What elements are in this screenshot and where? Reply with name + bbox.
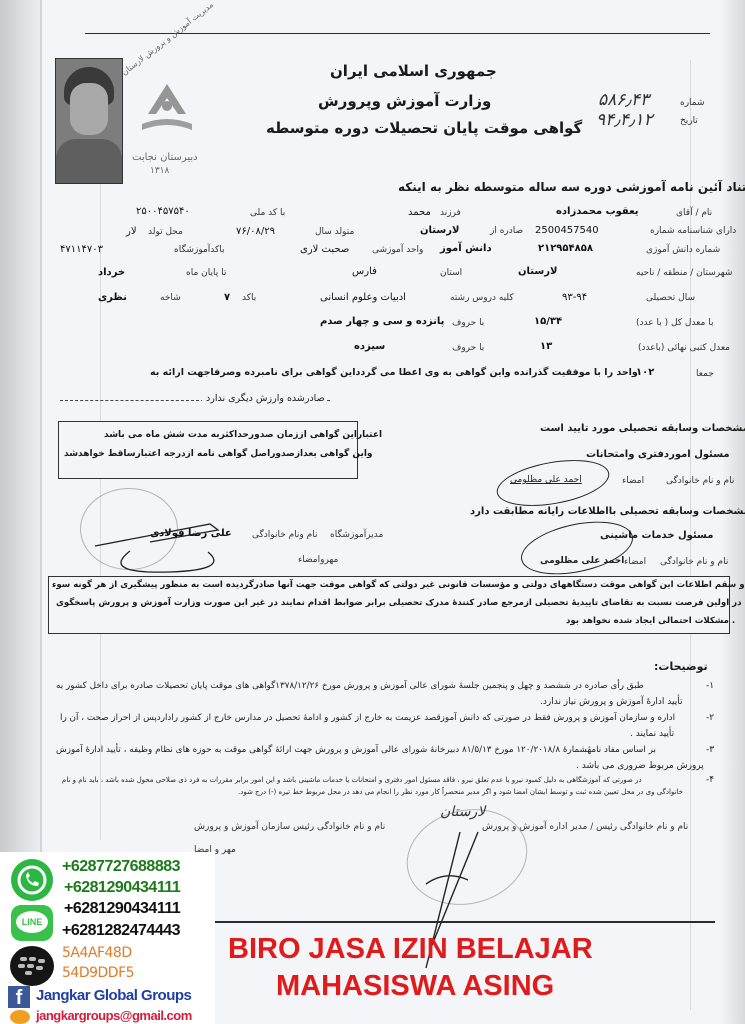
notice-line-1: تذکر: برای آگاهی از صحت و سقم اطلاعات ای… <box>52 576 745 595</box>
banner-line-1: BIRO JASA IZIN BELAJAR <box>228 933 593 966</box>
approval1-line2: مسئول اموردفتری وامتحانات <box>586 449 730 460</box>
email-link[interactable]: jangkargroups@gmail.com <box>36 1008 192 1023</box>
born-label: متولد سال <box>315 227 354 237</box>
born-value: ۷۶/۰۸/۲۹ <box>236 226 275 237</box>
approval2-sign-label: امضاء <box>624 557 646 567</box>
approval2-line1: تحت مشخصات وسابقه تحصیلی بااطلاعات رایان… <box>470 506 745 517</box>
issued-label: صادره از <box>490 226 523 236</box>
student-no-label: شماره دانش آموزی <box>646 245 720 255</box>
student-no-value: ۲۱۲۹۵۴۸۵۸ <box>538 243 593 254</box>
whatsapp-number-2[interactable]: +6281290434111 <box>64 879 180 897</box>
issued-line-text: صادرشده وارزش دیگری ندارد <box>202 393 325 404</box>
approval2-name-label: نام و نام خانوادگی <box>660 557 728 567</box>
page-title: گواهی موقت پایان تحصیلات دوره متوسطه <box>266 119 582 137</box>
year-value: ۹۳-۹۴ <box>562 292 587 303</box>
month-label: تا پایان ماه <box>186 268 226 278</box>
principal-name-label: نام ونام خانوادگی <box>252 530 317 540</box>
gpa-words-value: پانزده و سی و چهار صدم <box>320 316 444 327</box>
id-value: 2500457540 <box>535 225 599 236</box>
birthplace-label: محل تولد <box>148 227 183 237</box>
photo-stamp-sub: دبیرستان نجابت <box>132 152 198 163</box>
principal-signature <box>90 506 240 576</box>
photo-stamp-year: ۱۳۱۸ <box>150 166 169 176</box>
header-republic: جمهوری اسلامی ایران <box>330 62 497 80</box>
final-label: معدل کتبی نهائی (باعدد) <box>638 343 730 353</box>
whatsapp-number-1[interactable]: +6287727688883 <box>62 858 180 876</box>
father-value: محمد <box>408 207 431 218</box>
footer-stamp-text: لارستان <box>440 804 485 820</box>
notice-line-2: استفادهٔ احتمالی موظفند در اولین فرصت نس… <box>56 594 745 613</box>
explanation-1-num: ۱- <box>706 678 714 694</box>
footer-left-label: نام و نام خانوادگی رئیس سازمان آموزش و پ… <box>194 822 385 832</box>
validity-line-2: واین گواهی بعدازصدوراصل گواهی نامه ازدرج… <box>64 449 373 459</box>
explanation-1-cont: تأیید ادارهٔ آموزش و پرورش نیاز ندارد. <box>540 694 682 710</box>
issued-value: لارستان <box>420 225 459 236</box>
approval1-sign-label: امضاء <box>622 476 644 486</box>
facebook-icon: f <box>8 986 30 1008</box>
unit-label: واحد آموزشی <box>372 245 423 255</box>
contact-panel: LINE f +6287727688883 +6281290434111 +62… <box>0 852 215 1024</box>
explanations-title: توضیحات: <box>654 660 708 673</box>
line-number-2[interactable]: +6281282474443 <box>62 922 180 940</box>
name-label: نام / آقای <box>676 208 712 218</box>
gpa-label: با معدل کل ( با عدد) <box>636 318 713 328</box>
province-value: فارس <box>352 266 377 277</box>
signature-loop-1 <box>493 452 613 513</box>
explanation-4-num: ۴- <box>706 774 714 786</box>
line-icon: LINE <box>11 905 53 941</box>
school-stamp <box>128 62 206 158</box>
code-value: ۷ <box>224 292 230 303</box>
bbm-pin-2[interactable]: 54D9DDF5 <box>62 965 134 981</box>
approval1-name-label: نام و نام خانوادگی <box>666 476 734 486</box>
year-label: سال تحصیلی <box>646 293 695 303</box>
explanation-4: در صورتی که آموزشگاهی به دلیل کمبود نیرو… <box>62 774 642 786</box>
facebook-link[interactable]: Jangkar Global Groups <box>36 987 191 1004</box>
gpa-value: ۱۵/۳۴ <box>534 316 562 327</box>
school-code-value: ۴۷۱۱۴۷۰۳ <box>60 244 103 255</box>
explanation-3-num: ۳- <box>706 742 714 758</box>
bottom-rule <box>215 921 715 923</box>
date-label: تاریخ <box>680 116 698 126</box>
units-value: ۱۰۲ <box>636 367 654 378</box>
student-photo <box>55 58 123 184</box>
id-label: دارای شناسنامه شماره <box>650 226 736 236</box>
birthplace-value: لار <box>126 226 137 237</box>
final-words-label: با حروف <box>452 343 484 353</box>
branch-value: نظری <box>98 292 127 303</box>
field-value: ادبیات وعلوم انسانی <box>320 292 406 303</box>
bbm-pin-1[interactable]: 5A4AF48D <box>62 945 132 961</box>
notice-line-3: . مشکلات احتمالی ایجاد شده نخواهد بود <box>566 612 735 631</box>
region-value: لارستان <box>518 266 557 277</box>
principal-title-label: مدیرآموزشگاه <box>330 530 383 540</box>
units-text: واحد را با موفقیت گذرانده واین گواهی به … <box>150 367 638 378</box>
name-value: یعقوب محمدزاده <box>556 206 639 217</box>
code-label: باکد <box>242 293 256 303</box>
student-label: دانش آموز <box>440 243 492 254</box>
month-value: خرداد <box>98 267 125 278</box>
branch-label: شاخه <box>160 293 181 303</box>
national-code-value: ۲۵۰۰۴۵۷۵۴۰ <box>136 206 190 217</box>
validity-line-1: اعتباراین گواهی اززمان صدورحداکثربه مدت … <box>104 430 382 440</box>
number-value: ۵۸۶٫۴۳ <box>598 90 649 110</box>
national-code-label: با کد ملی <box>250 208 285 218</box>
father-label: فرزند <box>440 208 461 218</box>
blackberry-icon <box>10 946 54 986</box>
explanation-2-cont: تأیید نمایند . <box>630 726 674 742</box>
region-label: شهرستان / منطقه / ناحیه <box>636 268 732 278</box>
province-label: استان <box>440 268 462 278</box>
explanation-4-cont: خانوادگی وی در محل تعیین شده ثبت و توسط … <box>238 786 683 798</box>
explanation-2-num: ۲- <box>706 710 714 726</box>
gpa-words-label: با حروف <box>452 318 484 328</box>
number-label: شماره <box>680 98 705 108</box>
explanation-3-cont: پرورش مربوط ضروری می باشد . <box>576 758 704 774</box>
date-value: ۹۴٫۴٫۱۲ <box>596 110 653 130</box>
explanation-2: اداره و سازمان آموزش و پرورش فقط در صورت… <box>60 710 675 726</box>
unit-value: صحبت لاری <box>300 244 349 255</box>
whatsapp-icon <box>11 859 53 901</box>
line-number-1[interactable]: +6281290434111 <box>64 900 180 918</box>
scanned-certificate: مدیریت آموزش و پرورش لارستان دبیرستان نج… <box>0 0 745 1024</box>
explanation-1: طبق رأی صادره در ششصد و چهل و پنجمین جلس… <box>56 678 644 694</box>
signature-loop-2 <box>516 513 637 584</box>
email-icon <box>10 1010 30 1024</box>
banner-line-2: MAHASISWA ASING <box>276 970 554 1003</box>
header-ministry: وزارت آموزش وپرورش <box>318 92 491 110</box>
final-value: ۱۳ <box>540 341 552 352</box>
principal-seal-label: مهروامضاء <box>298 555 338 565</box>
approval1-line1: تحت مشخصات وسابقه تحصیلی مورد تایید است <box>540 423 745 434</box>
units-label: جمعا <box>696 369 714 379</box>
intro-text: استناد آئین نامه آموزشی دوره سه ساله متو… <box>398 180 745 194</box>
explanation-3: بر اساس مفاد نامهٔشمارهٔ ۱۲۰/۲۰۱۸/۸ مورخ… <box>56 742 656 758</box>
field-label: کلیه دروس رشته <box>450 293 514 303</box>
school-code-label: باکدآموزشگاه <box>174 245 225 255</box>
final-words-value: سیزده <box>354 341 385 352</box>
